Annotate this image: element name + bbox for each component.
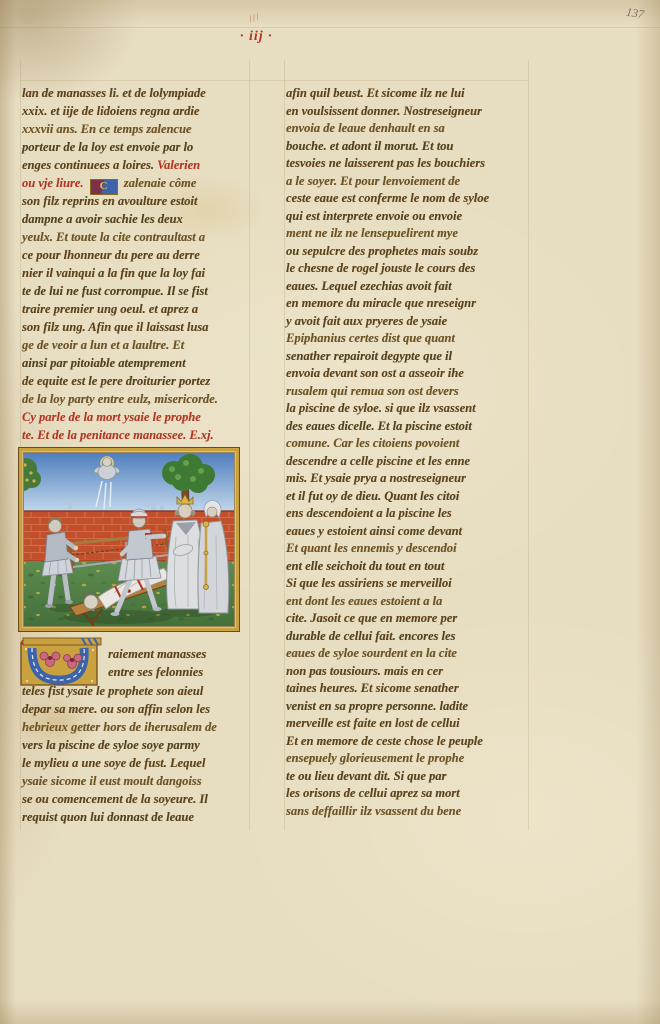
text-line: ent elle seichoit du tout en tout	[286, 558, 530, 576]
left-text-beside-initial: raiement manassesentre ses felonnies	[108, 645, 250, 681]
left-text-column-top: lan de manasses li. et de lolympiadexxix…	[22, 84, 250, 444]
left-text-column-bottom: teles fist ysaie le prophete son aieulde…	[22, 682, 250, 826]
text-line: en voulsissent donner. Nostreseigneur	[286, 103, 530, 121]
illuminated-initial-art	[20, 636, 104, 686]
text-run: hebrieux getter hors de iherusalem de	[22, 720, 217, 734]
text-run: ge de veoir a lun et a laultre. Et	[22, 338, 184, 352]
text-run: sans deffaillir ilz vsassent du bene	[286, 804, 461, 818]
text-line: taines heures. Et sicome senather	[286, 680, 530, 698]
text-line: cite. Jasoit ce que en memore per	[286, 610, 530, 628]
text-line: envoia devant son ost a asseoir ihe	[286, 365, 530, 383]
text-line: enges continuees a loires. Valerien	[22, 156, 250, 174]
text-line: le mylieu a une soye de fust. Lequel	[22, 754, 250, 772]
text-line: ainsi par pitoiable atemprement	[22, 354, 250, 372]
text-line: son filz reprins en avoulture estoit	[22, 192, 250, 210]
text-line: durable de cellui fait. encores les	[286, 628, 530, 646]
text-line: depar sa mere. ou son affin selon les	[22, 700, 250, 718]
folio-mark: · iij ·	[240, 29, 273, 45]
rubric-text-run: ou vje liure.	[22, 176, 87, 190]
text-run: durable de cellui fait. encores les	[286, 629, 455, 643]
text-line: ent dont les eaues estoient a la	[286, 593, 530, 611]
text-line: raiement manasses	[108, 645, 250, 663]
text-run: entre ses felonnies	[108, 665, 203, 679]
text-line: traire premier ung oeul. et aprez a	[22, 300, 250, 318]
text-run: te ou lieu devant dit. Si que par	[286, 769, 446, 783]
ruling-line	[20, 80, 528, 81]
text-line: a le soyer. Et pour lenvoiement de	[286, 173, 530, 191]
text-run: se ou comencement de la soyeure. Il	[22, 792, 208, 806]
text-run: bouche. et adont il morut. Et tou	[286, 139, 453, 153]
text-run: ensepuely glorieusement le prophe	[286, 751, 464, 765]
text-line: son filz ung. Afin que il laissast lusa	[22, 318, 250, 336]
text-line: dampne a avoir sachie les deux	[22, 210, 250, 228]
text-line: Et quant les ennemis y descendoi	[286, 540, 530, 558]
text-line: les orisons de cellui aprez sa mort	[286, 785, 530, 803]
text-run: afin quil beust. Et sicome ilz ne lui	[286, 86, 465, 100]
text-line: en memore du miracle que nreseignr	[286, 295, 530, 313]
text-run: lan de manasses li. et de lolympiade	[22, 86, 206, 100]
text-run: ysaie sicome il eust moult dangoiss	[22, 774, 202, 788]
text-line: de la loy party entre eulz, misericorde.	[22, 390, 250, 408]
text-run: dampne a avoir sachie les deux	[22, 212, 183, 226]
text-line: des eaues dicelle. Et la piscine estoit	[286, 418, 530, 436]
text-run: senather repairoit degypte que il	[286, 349, 452, 363]
text-line: hebrieux getter hors de iherusalem de	[22, 718, 250, 736]
text-run: le mylieu a une soye de fust. Lequel	[22, 756, 205, 770]
text-run: merveille est faite en lost de cellui	[286, 716, 460, 730]
text-line: de equite est le pere droiturier portez	[22, 372, 250, 390]
text-line: descendre a celle piscine et les enne	[286, 453, 530, 471]
manuscript-page: /// · iij · 137 lan de manasses li. et d…	[0, 0, 660, 1024]
text-line: envoia de leaue denhault en sa	[286, 120, 530, 138]
miniature-illustration	[18, 447, 240, 632]
text-run: depar sa mere. ou son affin selon les	[22, 702, 210, 716]
text-line: sans deffaillir ilz vsassent du bene	[286, 803, 530, 821]
text-run: en memore du miracle que nreseignr	[286, 296, 476, 310]
text-run: ou sepulcre des prophetes mais soubz	[286, 244, 478, 258]
text-run: requist quon lui donnast de leaue	[22, 810, 194, 824]
text-run: eaues de syloe sourdent en la cite	[286, 646, 457, 660]
text-line: ou sepulcre des prophetes mais soubz	[286, 243, 530, 261]
text-line: ensepuely glorieusement le prophe	[286, 750, 530, 768]
text-run: raiement manasses	[108, 647, 206, 661]
text-line: la piscine de syloe. si que ilz vsassent	[286, 400, 530, 418]
text-run: descendre a celle piscine et les enne	[286, 454, 470, 468]
text-line: te. Et de la penitance manassee. E.xj.	[22, 426, 250, 444]
text-line: ge de veoir a lun et a laultre. Et	[22, 336, 250, 354]
text-line: bouche. et adont il morut. Et tou	[286, 138, 530, 156]
text-run: ainsi par pitoiable atemprement	[22, 356, 186, 370]
text-run: a le soyer. Et pour lenvoiement de	[286, 174, 460, 188]
text-line: ou vje liure. C zalenaie côme	[22, 174, 250, 192]
text-line: non pas tousiours. mais en cer	[286, 663, 530, 681]
text-line: venist en sa propre personne. ladite	[286, 698, 530, 716]
text-line: xxix. et iije de lidoiens regna ardie	[22, 102, 250, 120]
text-run: yeulx. Et toute la cite contraultast a	[22, 230, 205, 244]
text-run: mis. Et ysaie prya a nostreseigneur	[286, 471, 466, 485]
text-line: entre ses felonnies	[108, 663, 250, 681]
miniature-martyrdom-of-isaiah	[18, 447, 240, 632]
text-run: venist en sa propre personne. ladite	[286, 699, 468, 713]
text-line: rusalem qui remua son ost devers	[286, 383, 530, 401]
text-line: mis. Et ysaie prya a nostreseigneur	[286, 470, 530, 488]
text-line: qui est interprete envoie ou envoie	[286, 208, 530, 226]
text-line: vers la piscine de syloe soye parmy	[22, 736, 250, 754]
text-run: xxix. et iije de lidoiens regna ardie	[22, 104, 199, 118]
right-text-column: afin quil beust. Et sicome ilz ne luien …	[286, 85, 530, 820]
text-line: comune. Car les citoiens povoient	[286, 435, 530, 453]
text-run: ens descendoient a la piscine les	[286, 506, 452, 520]
ruling-line	[20, 60, 21, 830]
text-run: ceste eaue est conferme le nom de syloe	[286, 191, 489, 205]
text-line: merveille est faite en lost de cellui	[286, 715, 530, 733]
text-run: zalenaie côme	[121, 176, 197, 190]
text-line: ceste eaue est conferme le nom de syloe	[286, 190, 530, 208]
text-line: ment ne ilz ne lensepuelirent mye	[286, 225, 530, 243]
text-line: teles fist ysaie le prophete son aieul	[22, 682, 250, 700]
text-line: te de lui ne fust corrompue. Il se fist	[22, 282, 250, 300]
text-run: de equite est le pere droiturier portez	[22, 374, 210, 388]
text-run: non pas tousiours. mais en cer	[286, 664, 443, 678]
text-run: des eaues dicelle. Et la piscine estoit	[286, 419, 472, 433]
text-run: cite. Jasoit ce que en memore per	[286, 611, 457, 625]
text-line: te ou lieu devant dit. Si que par	[286, 768, 530, 786]
text-line: y avoit fait aux pryeres de ysaie	[286, 313, 530, 331]
text-run: y avoit fait aux pryeres de ysaie	[286, 314, 447, 328]
ruling-line	[284, 60, 285, 830]
text-run: porteur de la loy est envoie par lo	[22, 140, 193, 154]
text-run: de la loy party entre eulz, misericorde.	[22, 392, 218, 406]
text-run: le chesne de rogel jouste le cours des	[286, 261, 475, 275]
text-run: Et en memore de ceste chose le peuple	[286, 734, 483, 748]
text-run: les orisons de cellui aprez sa mort	[286, 786, 460, 800]
text-line: le chesne de rogel jouste le cours des	[286, 260, 530, 278]
text-line: lan de manasses li. et de lolympiade	[22, 84, 250, 102]
text-run: en voulsissent donner. Nostreseigneur	[286, 104, 482, 118]
illuminated-initial	[20, 636, 104, 686]
text-run: ce pour lhonneur du pere au derre	[22, 248, 200, 262]
text-run: son filz ung. Afin que il laissast lusa	[22, 320, 208, 334]
text-run: la piscine de syloe. si que ilz vsassent	[286, 401, 476, 415]
text-line: xxxvii ans. En ce temps zalencue	[22, 120, 250, 138]
text-line: Cy parle de la mort ysaie le prophe	[22, 408, 250, 426]
rubric-text-run: Valerien	[157, 158, 200, 172]
text-line: et il fut oy de dieu. Quant les citoi	[286, 488, 530, 506]
text-line: Epiphanius certes dist que quant	[286, 330, 530, 348]
text-run: xxxvii ans. En ce temps zalencue	[22, 122, 191, 136]
text-run: te de lui ne fust corrompue. Il se fist	[22, 284, 208, 298]
text-line: nier il vainqui a la fin que la loy fai	[22, 264, 250, 282]
text-run: envoia de leaue denhault en sa	[286, 121, 445, 135]
text-run: eaues y estoient ainsi come devant	[286, 524, 462, 538]
text-run: vers la piscine de syloe soye parmy	[22, 738, 200, 752]
ruling-line	[0, 27, 660, 28]
text-run: tesvoies ne laisserent pas les bouchiers	[286, 156, 485, 170]
text-line: porteur de la loy est envoie par lo	[22, 138, 250, 156]
text-line: Si que les assiriens se merveilloi	[286, 575, 530, 593]
text-run: et il fut oy de dieu. Quant les citoi	[286, 489, 459, 503]
rubric-text-run: te. Et de la penitance manassee. E.xj.	[22, 428, 214, 442]
text-run: qui est interprete envoie ou envoie	[286, 209, 462, 223]
text-run: Si que les assiriens se merveilloi	[286, 576, 452, 590]
text-run: comune. Car les citoiens povoient	[286, 436, 459, 450]
text-run: nier il vainqui a la fin que la loy fai	[22, 266, 205, 280]
text-run: taines heures. Et sicome senather	[286, 681, 459, 695]
text-line: Et en memore de ceste chose le peuple	[286, 733, 530, 751]
text-run: Et quant les ennemis y descendoi	[286, 541, 457, 555]
text-run: ment ne ilz ne lensepuelirent mye	[286, 226, 458, 240]
text-line: requist quon lui donnast de leaue	[22, 808, 250, 826]
text-run: ent dont les eaues estoient a la	[286, 594, 442, 608]
corner-folio-number: 137	[625, 5, 645, 23]
text-run: envoia devant son ost a asseoir ihe	[286, 366, 464, 380]
text-run: rusalem qui remua son ost devers	[286, 384, 459, 398]
red-tick-marks: ///	[248, 12, 262, 26]
text-line: senather repairoit degypte que il	[286, 348, 530, 366]
text-run: enges continuees a loires.	[22, 158, 157, 172]
text-line: eaues y estoient ainsi come devant	[286, 523, 530, 541]
text-run: ent elle seichoit du tout en tout	[286, 559, 444, 573]
text-run: Epiphanius certes dist que quant	[286, 331, 455, 345]
text-line: eaues. Lequel ezechias avoit fait	[286, 278, 530, 296]
text-line: ce pour lhonneur du pere au derre	[22, 246, 250, 264]
text-run: eaues. Lequel ezechias avoit fait	[286, 279, 452, 293]
text-run: teles fist ysaie le prophete son aieul	[22, 684, 203, 698]
text-run: traire premier ung oeul. et aprez a	[22, 302, 198, 316]
text-run: son filz reprins en avoulture estoit	[22, 194, 197, 208]
text-line: ens descendoient a la piscine les	[286, 505, 530, 523]
rubric-text-run: Cy parle de la mort ysaie le prophe	[22, 410, 201, 424]
text-line: yeulx. Et toute la cite contraultast a	[22, 228, 250, 246]
text-line: eaues de syloe sourdent en la cite	[286, 645, 530, 663]
text-line: ysaie sicome il eust moult dangoiss	[22, 772, 250, 790]
text-line: afin quil beust. Et sicome ilz ne lui	[286, 85, 530, 103]
text-line: se ou comencement de la soyeure. Il	[22, 790, 250, 808]
text-line: tesvoies ne laisserent pas les bouchiers	[286, 155, 530, 173]
